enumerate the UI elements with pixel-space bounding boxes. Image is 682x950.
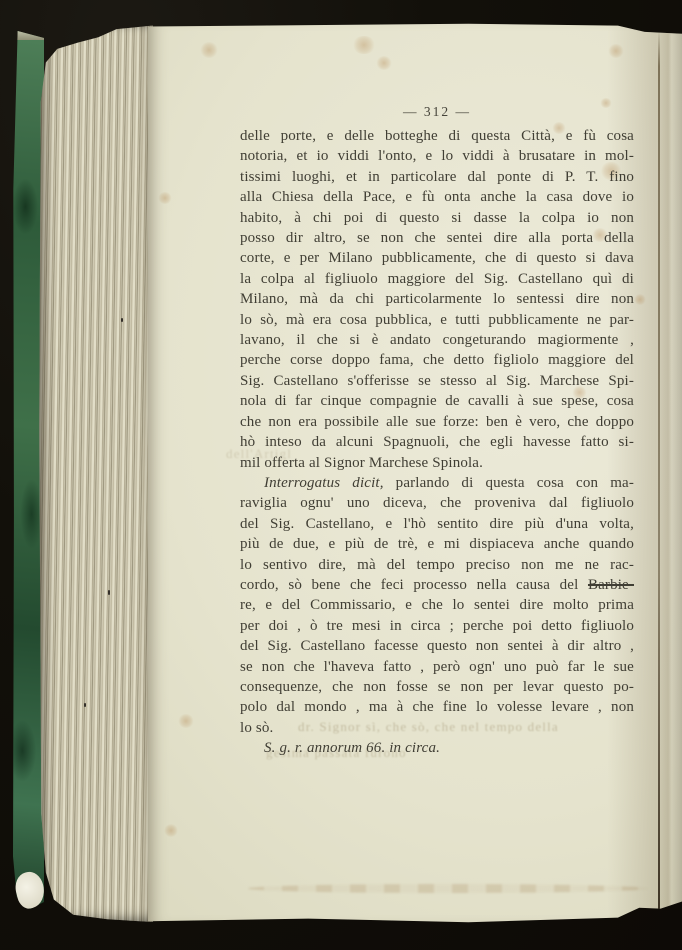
- text-line: delle porte, e delle botteghe di questa …: [240, 126, 634, 146]
- text-line: S. g. r. annorum 66. in circa.: [240, 738, 634, 758]
- text-line: Milano, mà da chi particolarmente lo sen…: [240, 289, 634, 309]
- text-line: re, e del Commissario, e che lo sentei d…: [240, 595, 634, 615]
- gutter-shadow: [659, 22, 682, 924]
- text-line: se non che l'haveva fatto , però ogn' un…: [240, 657, 634, 677]
- photo-backdrop: dell'Artigl dr. Signor sì, che sò, che n…: [0, 0, 682, 950]
- page-number: — 312 —: [240, 104, 634, 120]
- struck-word: Barbie-: [588, 577, 634, 593]
- text-line: Sig. Castellano s'offerisse se stesso al…: [240, 371, 634, 391]
- text-line: alla Chiesa della Pace, e fù onta anche …: [240, 187, 634, 207]
- text-line: notoria, et io viddi l'onto, e lo viddi …: [240, 146, 634, 166]
- italic-phrase: Interrogatus dicit,: [264, 475, 384, 491]
- foxing-spot: [164, 824, 178, 837]
- foxing-spot: [178, 714, 194, 728]
- foxing-spot: [352, 36, 376, 54]
- text-line: raviglia ognu' uno diceva, che proveniva…: [240, 493, 634, 513]
- book-page: dell'Artigl dr. Signor sì, che sò, che n…: [148, 22, 682, 924]
- text-line: lavano, il che si è andato congeturando …: [240, 330, 634, 350]
- book-cover-edge: [13, 31, 44, 909]
- text-line: cordo, sò bene che feci processo nella c…: [240, 575, 634, 595]
- text-line: la colpa al figliuolo maggiore del Sig. …: [240, 269, 634, 289]
- text-line: per doi , ò tre mesi in circa ; perche p…: [240, 616, 634, 636]
- text-line: più de due, e più de trè, e mi dispiacev…: [240, 534, 634, 554]
- text-line: polo dal mondo , ma à che fine lo voless…: [240, 697, 634, 717]
- paper-fleck: [121, 318, 123, 322]
- text-line: lo sò, mà era cosa pubblica, e tutti pub…: [240, 310, 634, 330]
- gutter-crease: [658, 30, 660, 935]
- text-line: posso dir altro, se non che sentei dire …: [240, 228, 634, 248]
- text-block: delle porte, e delle botteghe di questa …: [240, 126, 634, 759]
- foxing-spot: [158, 192, 172, 204]
- text-line: del Sig. Castellano facesse questo non s…: [240, 636, 634, 656]
- text-line: che non era possibile alle sue forze: be…: [240, 412, 634, 432]
- text-line: Interrogatus dicit, parlando di questa c…: [240, 473, 634, 493]
- stain-mark: [248, 884, 648, 893]
- text-line: habito, à chi poi di questo si dasse la …: [240, 208, 634, 228]
- text-line: lo sentivo dire, mà del tempo preciso no…: [240, 555, 634, 575]
- text-line: hò inteso da alcuni Spagnuoli, che egli …: [240, 432, 634, 452]
- foxing-spot: [200, 42, 218, 58]
- paper-fleck: [84, 703, 86, 707]
- text-line: corte, e per Milano pubblicamente, che d…: [240, 248, 634, 268]
- text-line: lo sò.: [240, 718, 634, 738]
- foxing-spot: [376, 56, 392, 70]
- text-line: nola di far cinque compagnie de cavalli …: [240, 391, 634, 411]
- text-line: consequenze, che non fosse se non per le…: [240, 677, 634, 697]
- text-line: tissimi luoghi, et in particolare dal po…: [240, 167, 634, 187]
- text-line: mil offerta al Signor Marchese Spinola.: [240, 453, 634, 473]
- foxing-spot: [608, 44, 624, 58]
- text-line: perche corse doppo fama, che detto figli…: [240, 350, 634, 370]
- text-line: del Sig. Castellano, e l'hò sentito dire…: [240, 514, 634, 534]
- page-stack-fore-edge: [39, 21, 153, 922]
- foxing-spot: [634, 294, 646, 305]
- paper-fleck: [108, 590, 110, 595]
